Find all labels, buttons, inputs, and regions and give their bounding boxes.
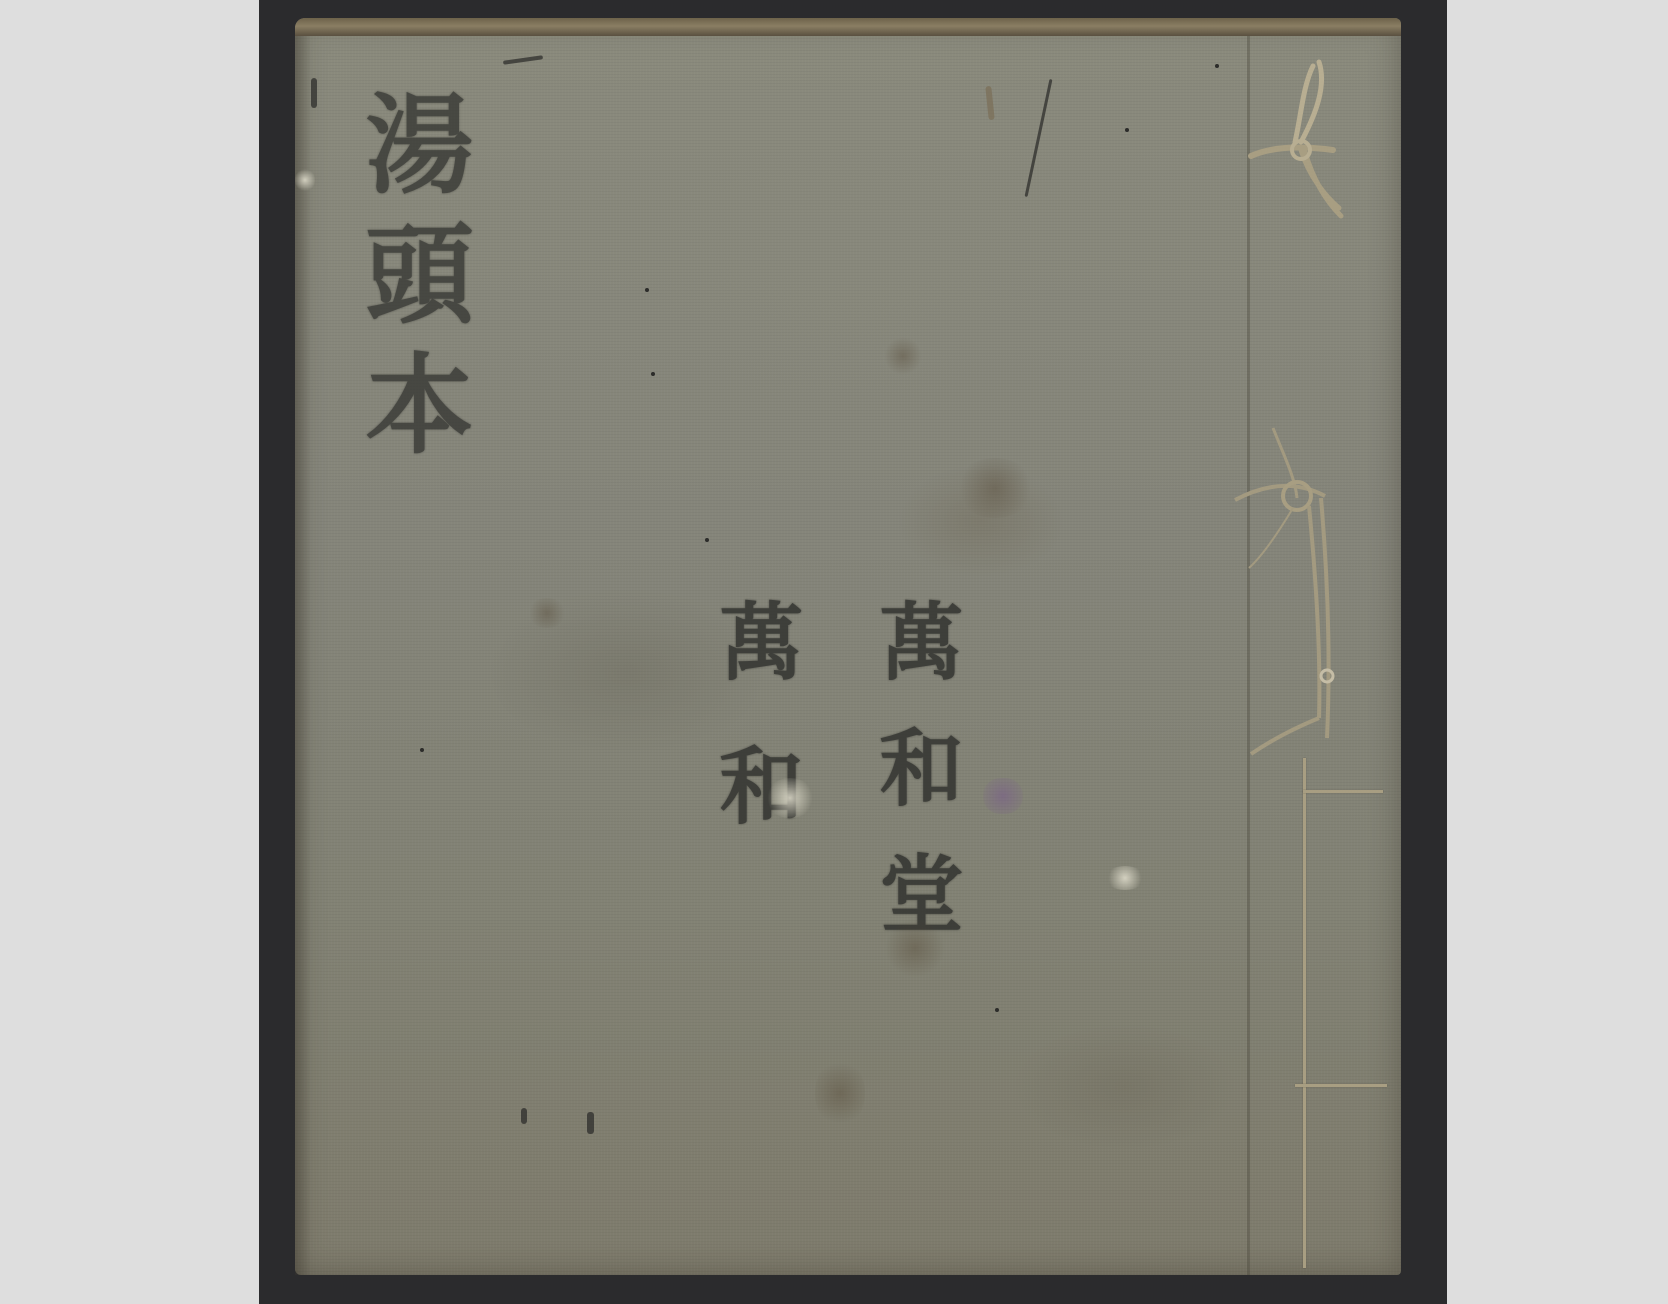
ink-mark [503, 55, 543, 65]
speck [705, 538, 709, 542]
cover-left-fold [295, 36, 311, 1275]
cover-title-calligraphy: 湯頭本 [333, 88, 488, 478]
ink-mark [985, 86, 995, 120]
ink-mark [1025, 79, 1053, 197]
speck [1215, 64, 1219, 68]
stain [527, 598, 567, 628]
speck [645, 288, 649, 292]
binding-stitch-horizontal-lower [1295, 1084, 1387, 1087]
book-cover: 湯頭本 萬和堂 萬和 [295, 18, 1401, 1275]
stain [885, 918, 945, 978]
stain [815, 1058, 865, 1128]
book-top-edge [295, 18, 1401, 36]
worn-spot [765, 778, 815, 818]
binding-stitch-horizontal-upper [1303, 790, 1383, 793]
worn-spot [295, 168, 315, 192]
ink-mark [587, 1112, 594, 1134]
stain [955, 458, 1035, 518]
inscription-left-calligraphy: 萬和 [695, 598, 816, 886]
speck [651, 372, 655, 376]
speck [995, 1008, 999, 1012]
ink-mark [311, 78, 317, 108]
ink-mark [521, 1108, 527, 1124]
binding-string-tie-top [1243, 46, 1353, 246]
binding-string-tie-bottom [1235, 418, 1345, 758]
speck [1125, 128, 1129, 132]
worn-spot [1105, 866, 1145, 890]
binding-stitch-vertical [1303, 758, 1306, 1268]
speck [420, 748, 424, 752]
purple-seal-stamp [983, 778, 1023, 814]
stain [885, 336, 921, 376]
scan-backdrop: 湯頭本 萬和堂 萬和 [259, 0, 1447, 1304]
